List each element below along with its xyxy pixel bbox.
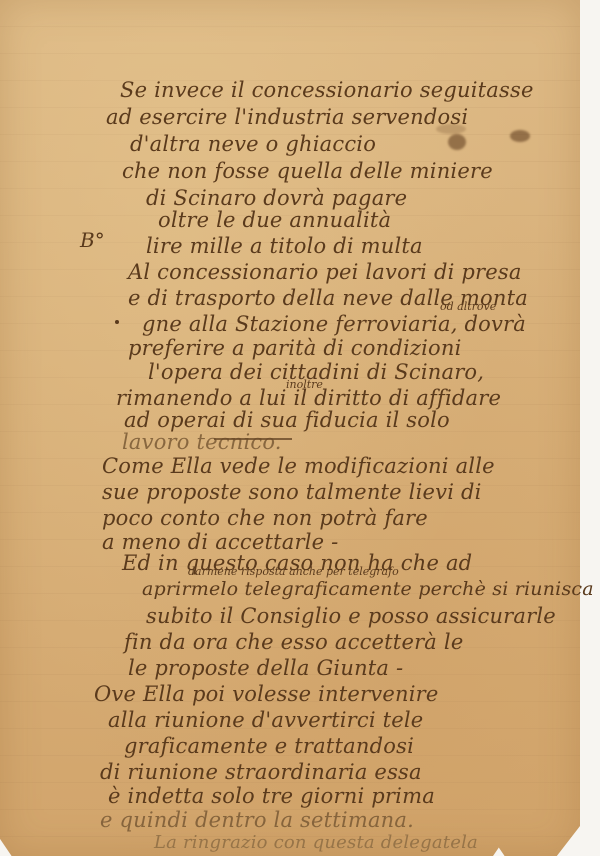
text-line: ad operai di sua fiducia il solo bbox=[124, 410, 450, 431]
text-line: Al concessionario pei lavori di presa bbox=[128, 262, 522, 283]
interlinear-insert: darmene risposta anche per telegrafo bbox=[188, 565, 399, 578]
text-line: di riunione straordinaria essa bbox=[100, 762, 422, 783]
text-line: lire mille a titolo di multa bbox=[146, 236, 423, 257]
margin-note: B° bbox=[80, 228, 105, 252]
text-line: sue proposte sono talmente lievi di bbox=[102, 482, 482, 503]
section-divider bbox=[214, 438, 292, 440]
text-line: lavoro tecnico. bbox=[122, 432, 282, 453]
text-line: è indetta solo tre giorni prima bbox=[108, 786, 435, 807]
text-line: subito il Consiglio e posso assicurarle bbox=[146, 606, 556, 627]
text-line: ad esercire l'industria servendosi bbox=[106, 107, 468, 128]
text-line: a meno di accettarle - bbox=[102, 532, 338, 553]
text-line: rimanendo a lui il diritto di affidare bbox=[116, 388, 501, 409]
text-line: d'altra neve o ghiaccio bbox=[130, 134, 376, 155]
text-line: Se invece il concessionario seguitasse bbox=[120, 80, 534, 101]
text-line: oltre le due annualità bbox=[158, 210, 391, 231]
text-line: aprirmelo telegraficamente perchè si riu… bbox=[142, 580, 594, 599]
text-line: poco conto che non potrà fare bbox=[102, 508, 428, 529]
text-line: Come Ella vede le modificazioni alle bbox=[102, 456, 495, 477]
bullet-mark bbox=[115, 320, 119, 324]
document-viewport: B° Se invece il concessionario seguitass… bbox=[0, 0, 600, 856]
text-line: gne alla Stazione ferroviaria, dovrà bbox=[142, 314, 526, 335]
handwritten-text: B° Se invece il concessionario seguitass… bbox=[0, 0, 580, 856]
text-line: che non fosse quella delle miniere bbox=[122, 161, 493, 182]
text-line: alla riunione d'avvertirci tele bbox=[108, 710, 423, 731]
text-line: di Scinaro dovrà pagare bbox=[146, 188, 407, 209]
text-line: graficamente e trattandosi bbox=[124, 736, 414, 757]
text-line: le proposte della Giunta - bbox=[128, 658, 403, 679]
text-line: preferire a parità di condizioni bbox=[128, 338, 462, 359]
text-line: Ove Ella poi volesse intervenire bbox=[94, 684, 438, 705]
text-line: e quindi dentro la settimana. bbox=[100, 810, 414, 831]
text-line: fin da ora che esso accetterà le bbox=[124, 632, 463, 653]
text-line: La ringrazio con questa delegatela bbox=[154, 834, 478, 852]
